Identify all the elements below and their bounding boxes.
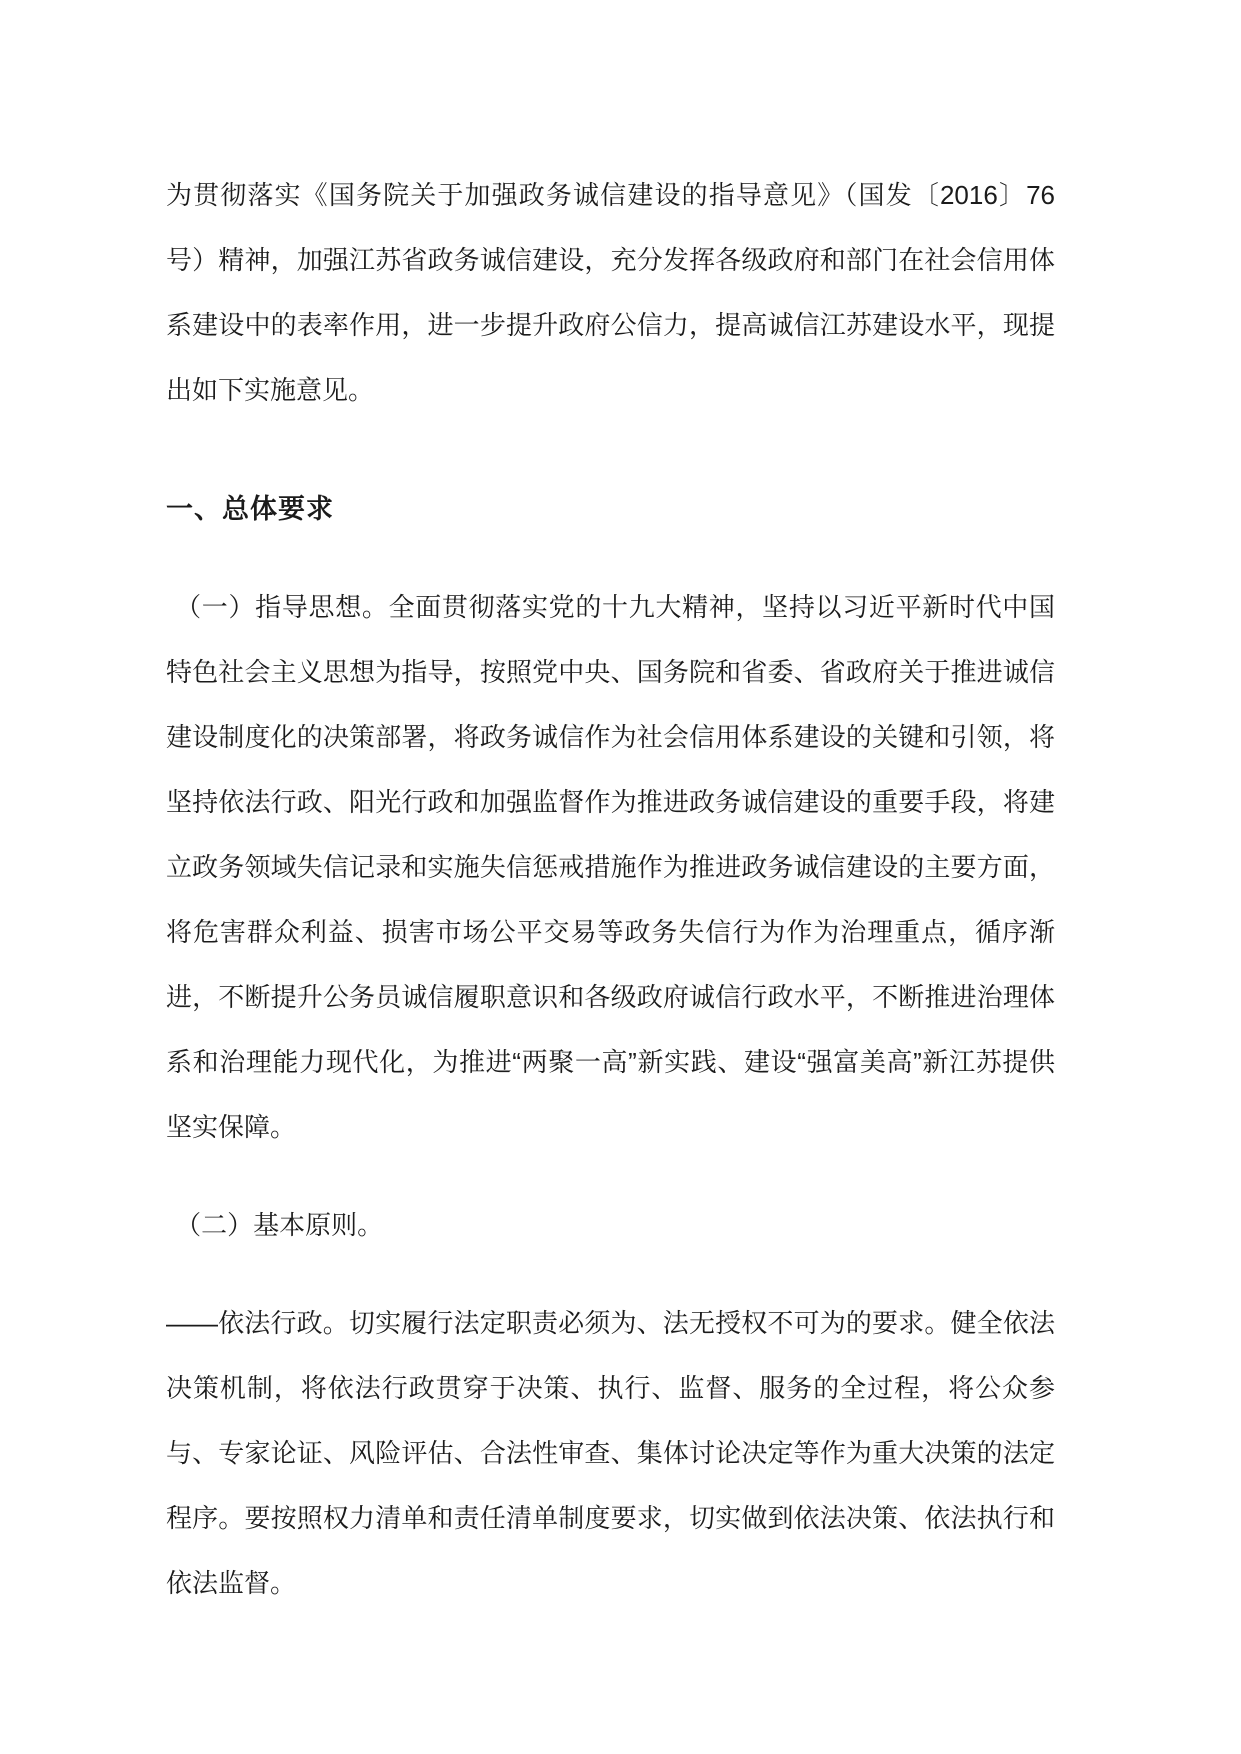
paragraph: 为贯彻落实《国务院关于加强政务诚信建设的指导意见》（国发〔2016〕76 号）精… bbox=[166, 163, 1055, 423]
paragraph: （二）基本原则。 bbox=[166, 1193, 1055, 1258]
paragraph: ——依法行政。切实履行法定职责必须为、法无授权不可为的要求。健全依法决策机制，将… bbox=[166, 1291, 1055, 1616]
paragraph: （一）指导思想。全面贯彻落实党的十九大精神，坚持以习近平新时代中国特色社会主义思… bbox=[166, 575, 1055, 1160]
section-heading: 一、总体要求 bbox=[166, 477, 1055, 542]
document-page: 为贯彻落实《国务院关于加强政务诚信建设的指导意见》（国发〔2016〕76 号）精… bbox=[0, 0, 1241, 1754]
